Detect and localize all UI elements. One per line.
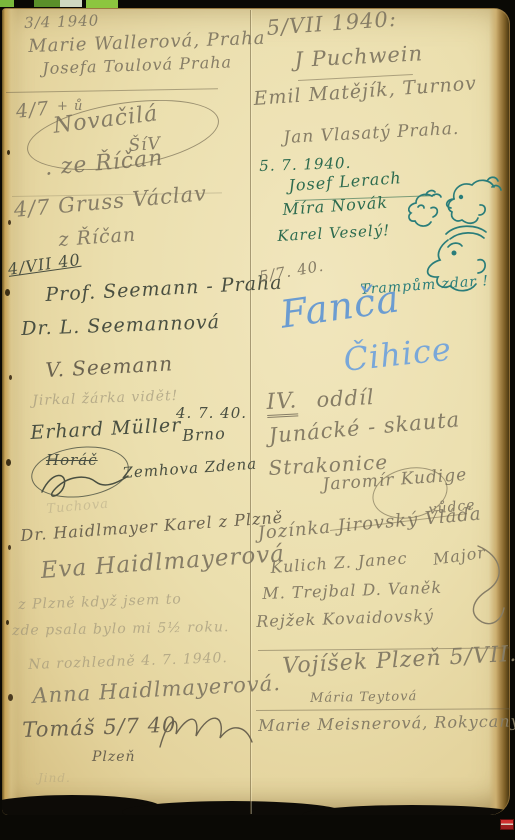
handwriting-entry: Jind. [38, 772, 71, 784]
binding-edge [2, 9, 18, 815]
handwriting-entry: z Říčan [58, 226, 137, 250]
handwriting-entry: V. Seemann [45, 353, 174, 380]
signature-flourish [150, 702, 260, 762]
torn-edge-blob [302, 805, 510, 815]
handwriting-entry: oddíl [316, 387, 375, 411]
date-entry: 4. 7. 40. [176, 406, 247, 421]
page-edge-sliver [86, 0, 118, 8]
page-edge-sliver [60, 0, 82, 7]
page-edge-sliver [34, 0, 60, 7]
signature-flourish [448, 538, 512, 633]
page-edge-sliver [0, 0, 14, 7]
handwriting-entry: zde psala bylo mi 5½ roku. [12, 620, 229, 638]
red-mark [500, 819, 514, 830]
binding-specks [7, 150, 10, 155]
handwriting-entry: Plzeň [92, 750, 136, 764]
book-top-edge [0, 0, 515, 9]
date-entry: 3/4 1940 [24, 13, 100, 31]
handwriting-entry: Marie Meisnerová, Rokycany — [258, 713, 515, 734]
scanned-guestbook-page: 3/4 1940 Marie Wallerová, Praha Josefa T… [0, 0, 515, 840]
page-edges-right [489, 9, 509, 815]
date-entry: 5. 7. 1940. [259, 156, 352, 174]
section-number: IV. [266, 390, 298, 418]
handwriting-entry: Brno [182, 426, 226, 444]
handwriting-entry: Mária Teytová [310, 690, 417, 705]
date-entry: 4/7 [15, 99, 50, 121]
